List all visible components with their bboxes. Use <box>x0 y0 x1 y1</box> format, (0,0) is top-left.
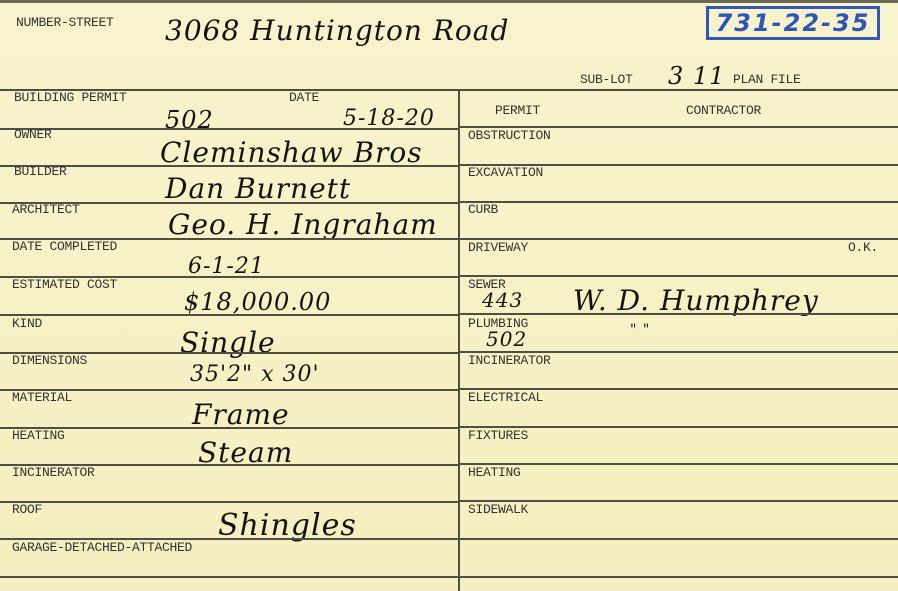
heating-permit-label: HEATING <box>468 465 521 480</box>
builder-value: Dan Burnett <box>165 172 351 205</box>
rule-line <box>458 538 898 540</box>
roof-label: ROOF <box>12 502 42 517</box>
sidewalk-label: SIDEWALK <box>468 502 528 517</box>
builder-label: BUILDER <box>14 164 67 179</box>
plumbing-permit-value: 502 <box>486 327 527 351</box>
file-number-stamp: 731-22-35 <box>706 6 880 40</box>
obstruction-label: OBSTRUCTION <box>468 128 551 143</box>
owner-label: OWNER <box>14 127 52 142</box>
rule-line <box>458 576 898 578</box>
rule-line <box>0 89 898 91</box>
plan-file-label: PLAN FILE <box>733 72 801 87</box>
garage-label: GARAGE-DETACHED-ATTACHED <box>12 540 192 555</box>
number-street-value: 3068 Huntington Road <box>165 14 509 47</box>
rule-line <box>458 313 898 315</box>
curb-label: CURB <box>468 202 498 217</box>
architect-value: Geo. H. Ingraham <box>168 208 438 241</box>
sub-lot-label: SUB-LOT <box>580 72 633 87</box>
dimensions-label: DIMENSIONS <box>12 353 87 368</box>
excavation-label: EXCAVATION <box>468 165 543 180</box>
rule-line <box>458 275 898 277</box>
material-label: MATERIAL <box>12 390 72 405</box>
architect-label: ARCHITECT <box>12 202 80 217</box>
driveway-label: DRIVEWAY <box>468 240 528 255</box>
estimated-cost-value: $18,000.00 <box>184 288 331 316</box>
driveway-contractor-value: O.K. <box>848 240 878 255</box>
dimensions-value: 35'2" x 30' <box>190 362 320 387</box>
rule-line <box>0 427 458 429</box>
sewer-permit-value: 443 <box>482 288 523 312</box>
rule-line <box>0 165 458 167</box>
rule-line <box>0 576 458 578</box>
permit-column-header: PERMIT <box>495 103 540 118</box>
kind-value: Single <box>180 326 276 359</box>
date-completed-label: DATE COMPLETED <box>12 239 117 254</box>
incinerator-label: INCINERATOR <box>12 465 95 480</box>
rule-line <box>458 201 898 203</box>
incinerator-permit-label: INCINERATOR <box>468 353 551 368</box>
electrical-label: ELECTRICAL <box>468 390 543 405</box>
kind-label: KIND <box>12 316 42 331</box>
plumbing-contractor-ditto: " " <box>630 322 650 338</box>
heating-label: HEATING <box>12 428 65 443</box>
building-permit-value: 502 <box>165 106 214 134</box>
building-permit-label: BUILDING PERMIT <box>14 90 127 105</box>
rule-line <box>0 501 458 503</box>
fixtures-label: FIXTURES <box>468 428 528 443</box>
number-street-label: NUMBER-STREET <box>16 15 114 30</box>
card-top-edge <box>0 0 898 3</box>
estimated-cost-label: ESTIMATED COST <box>12 277 117 292</box>
contractor-column-header: CONTRACTOR <box>686 103 761 118</box>
sub-lot-value: 3 11 <box>668 62 725 90</box>
rule-line <box>458 463 898 465</box>
permit-card: NUMBER-STREET 3068 Huntington Road 731-2… <box>0 0 898 591</box>
date-label: DATE <box>289 90 319 105</box>
rule-line <box>0 314 458 316</box>
rule-line <box>0 128 458 130</box>
